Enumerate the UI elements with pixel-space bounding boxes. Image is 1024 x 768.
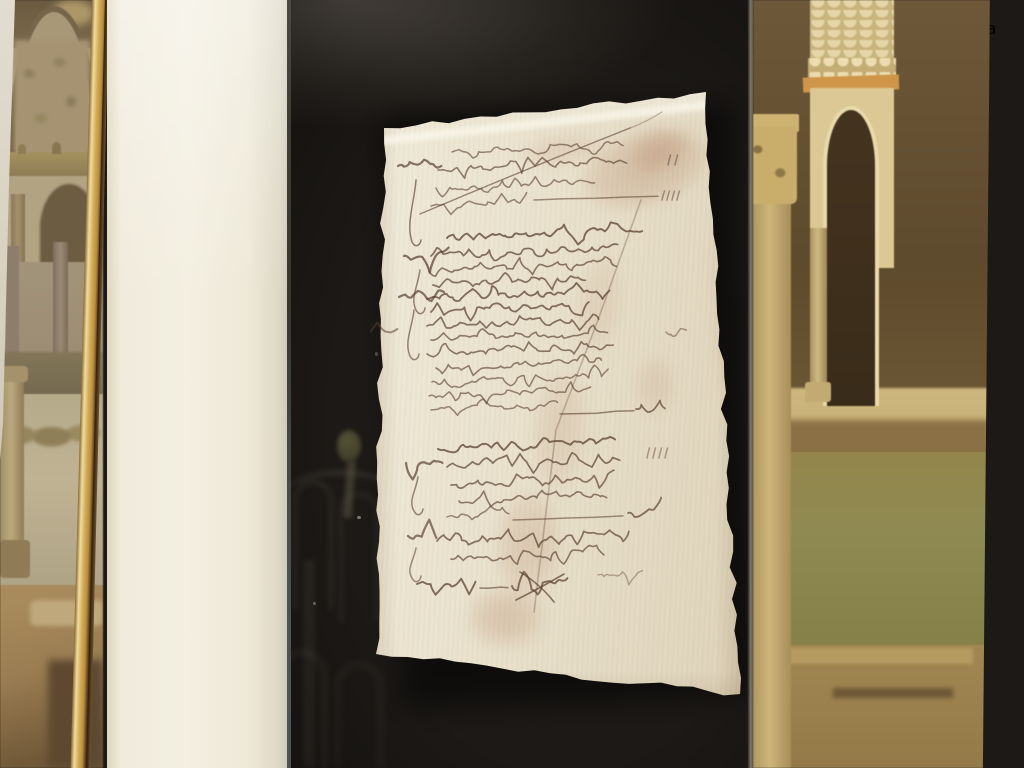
- colonnette-base: [805, 382, 831, 402]
- ink-stroke: [437, 529, 629, 547]
- plinth-highlight: [763, 648, 973, 664]
- ink-stroke: [412, 477, 423, 515]
- arched-doorway: [823, 106, 879, 406]
- ink-stroke: [408, 310, 419, 360]
- ink-stroke: [431, 302, 589, 321]
- ink-stroke: [668, 155, 678, 165]
- ink-stroke: [436, 355, 601, 376]
- ink-stroke: [480, 587, 508, 588]
- ink-stroke: [459, 491, 607, 507]
- ink-stroke: [410, 180, 421, 246]
- ink-stroke: [512, 572, 568, 595]
- ink-stroke: [451, 545, 604, 564]
- ink-stroke: [436, 177, 595, 197]
- ink-stroke: [433, 273, 585, 290]
- ink-stroke: [647, 448, 668, 458]
- ink-stroke: [662, 191, 680, 200]
- ink-stroke: [410, 548, 421, 582]
- museum-display-photo: Photograph of a museum display: a late-m…: [0, 0, 1024, 768]
- ink-stroke: [513, 516, 623, 520]
- ink-stroke: [598, 571, 642, 585]
- ink-stroke: [666, 329, 686, 337]
- ink-stroke: [398, 160, 441, 168]
- ink-stroke: [406, 461, 443, 480]
- plinth-shadow: [833, 688, 953, 698]
- ink-stroke: [417, 579, 476, 595]
- ink-stroke: [399, 290, 444, 301]
- ink-stroke: [371, 323, 397, 333]
- ink-stroke: [427, 283, 610, 301]
- ink-stroke: [447, 222, 642, 244]
- right-cloister-photo: [753, 0, 990, 768]
- ink-stroke: [447, 506, 509, 520]
- left-column-shaft: [753, 196, 791, 768]
- ink-stroke: [429, 257, 617, 276]
- ink-stroke: [447, 453, 620, 473]
- background-colonnette: [810, 228, 827, 388]
- ink-stroke: [636, 401, 665, 413]
- ink-stroke: [630, 112, 662, 128]
- carved-capital: [753, 126, 797, 204]
- ink-stroke: [534, 196, 658, 200]
- ink-stroke: [516, 572, 564, 602]
- ink-stroke: [431, 399, 558, 415]
- ink-stroke: [427, 314, 599, 330]
- ink-stroke: [408, 520, 436, 539]
- ink-stroke: [438, 437, 615, 452]
- ink-stroke: [560, 411, 634, 414]
- case-edge-seam: [747, 0, 753, 768]
- ink-stroke: [452, 142, 623, 158]
- ink-stroke: [628, 498, 661, 517]
- ink-stroke: [431, 244, 618, 260]
